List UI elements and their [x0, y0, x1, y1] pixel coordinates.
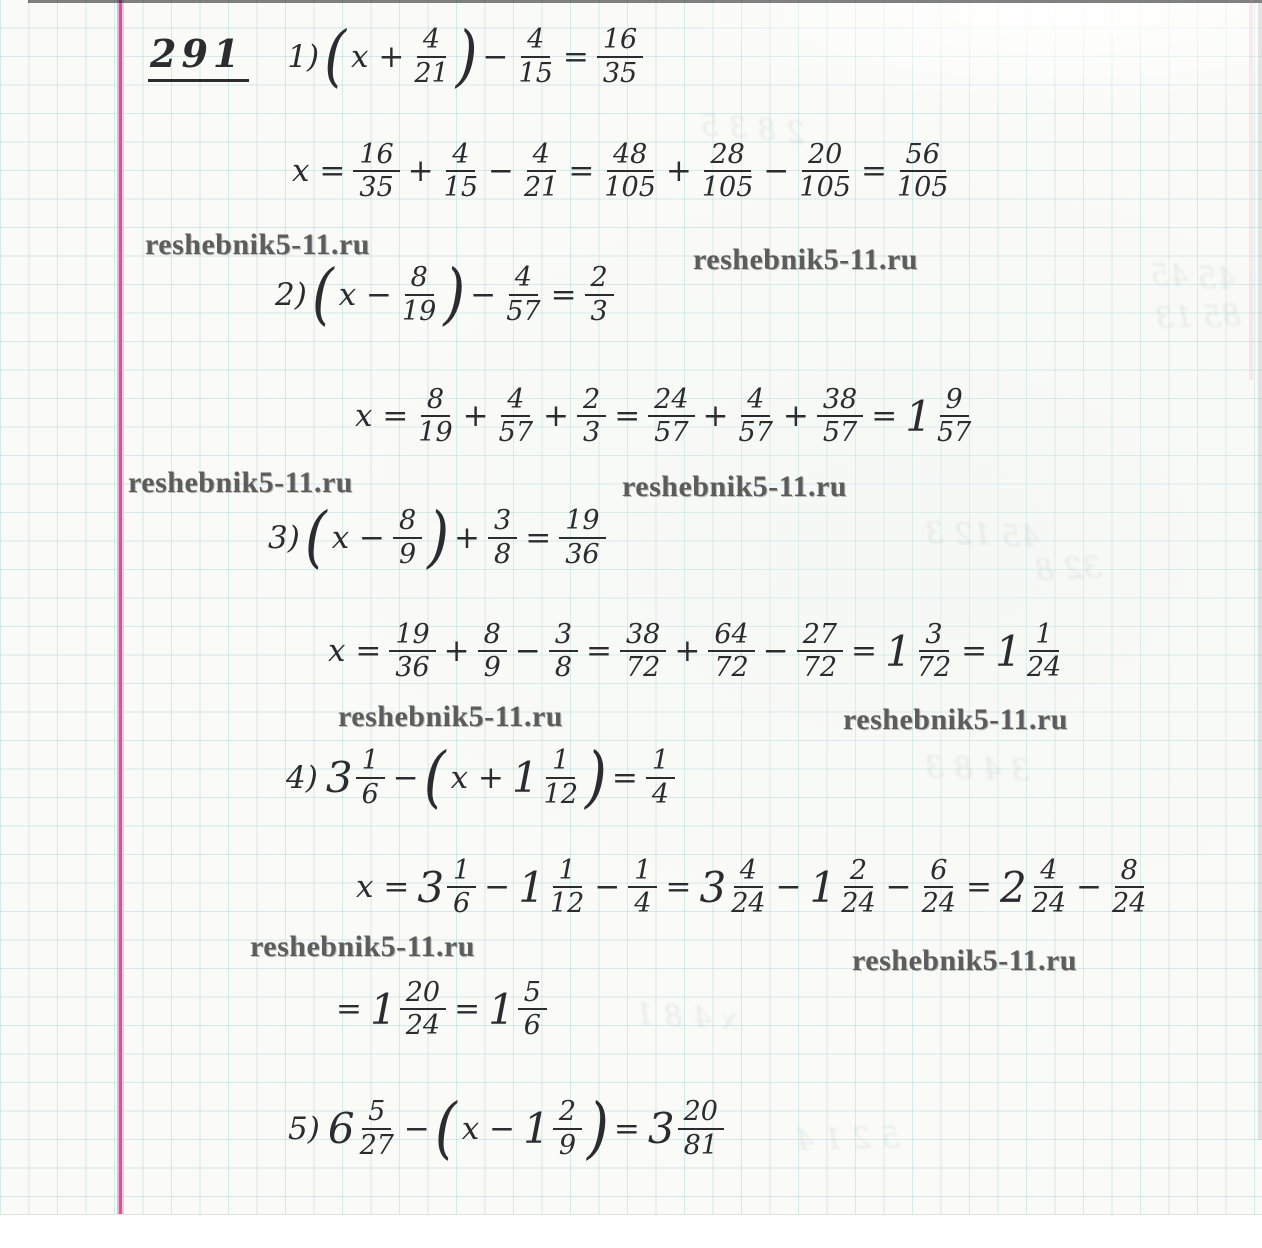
notebook-margin-line: [117, 0, 124, 1215]
fraction-numerator: 8: [421, 385, 450, 417]
fraction-numerator: 4: [501, 385, 530, 417]
fraction-denominator: 57: [737, 417, 775, 447]
fraction-numerator: 16: [597, 25, 643, 57]
mixed-number: 6527: [328, 1097, 396, 1159]
fraction-numerator: 24: [648, 385, 694, 417]
math-text: =: [336, 991, 362, 1027]
reverse-margin-bleed: [1249, 0, 1253, 380]
fraction: 112: [542, 746, 580, 808]
fraction-numerator: 16: [353, 140, 399, 172]
math-text: =: [612, 760, 638, 796]
fraction-numerator: 48: [607, 140, 653, 172]
mixed-whole-part: 1: [523, 1104, 550, 1153]
mixed-whole-part: 1: [370, 985, 397, 1034]
fraction: 2024: [400, 978, 446, 1040]
fraction-denominator: 4: [632, 888, 653, 918]
math-text: +: [463, 398, 489, 434]
fraction-numerator: 20: [400, 978, 446, 1010]
fraction-numerator: 2: [585, 263, 614, 295]
fraction-numerator: 5: [362, 1097, 391, 1129]
math-text: −: [1076, 869, 1102, 905]
fraction: 415: [442, 140, 480, 202]
fraction: 112: [548, 856, 586, 918]
math-text: =: [614, 1111, 640, 1147]
mixed-whole-part: 1: [810, 863, 837, 912]
fraction-numerator: 38: [620, 620, 666, 652]
mixed-number: 316: [326, 746, 385, 808]
math-text: =: [454, 991, 480, 1027]
bleedthrough-mark: 5 2 1 4: [794, 1120, 900, 1159]
fraction-numerator: 4: [527, 140, 556, 172]
parenthesis: (: [305, 499, 327, 576]
fraction-numerator: 2: [553, 1097, 582, 1129]
fraction: 1936: [389, 620, 435, 682]
fraction-numerator: 3: [919, 620, 948, 652]
fraction-denominator: 6: [522, 1010, 543, 1040]
math-text: =: [665, 869, 691, 905]
math-text: x −: [332, 520, 385, 556]
math-text: x +: [351, 39, 404, 75]
math-text: 2): [275, 277, 307, 313]
mixed-number: 3424: [699, 856, 767, 918]
scanned-notebook-page: { "document": { "problem_number": "291",…: [0, 0, 1262, 1248]
fraction: 819: [400, 263, 438, 325]
fraction-numerator: 19: [389, 620, 435, 652]
fraction-denominator: 24: [404, 1010, 442, 1040]
fraction: 2772: [797, 620, 843, 682]
fraction: 16: [356, 746, 385, 808]
fraction: 424: [729, 856, 767, 918]
math-text: +: [543, 398, 569, 434]
parenthesis: (: [424, 739, 446, 816]
parenthesis: ): [443, 256, 465, 333]
fraction-denominator: 9: [397, 539, 418, 569]
math-text: −: [886, 869, 912, 905]
mixed-whole-part: 3: [699, 863, 726, 912]
mixed-whole-part: 1: [995, 627, 1022, 676]
math-line-eq3: 3)(x −89)+38=1936: [268, 505, 606, 570]
parenthesis: (: [435, 1090, 457, 1167]
math-text: =: [961, 633, 987, 669]
math-text: +: [674, 633, 700, 669]
fraction: 457: [504, 263, 542, 325]
fraction: 38: [488, 506, 517, 568]
watermark: reshebnik5-11.ru: [843, 703, 1068, 737]
math-text: =: [851, 633, 877, 669]
math-text: −: [470, 277, 496, 313]
fraction-numerator: 8: [478, 620, 507, 652]
fraction-numerator: 1: [646, 746, 675, 778]
math-text: −: [594, 869, 620, 905]
fraction-numerator: 28: [704, 140, 750, 172]
fraction: 56: [518, 978, 547, 1040]
fraction: 29: [553, 1097, 582, 1159]
fraction: 16: [447, 856, 476, 918]
fraction-numerator: 1: [1029, 620, 1058, 652]
fraction-denominator: 24: [1025, 652, 1063, 682]
math-text: 4): [286, 760, 318, 796]
mixed-number: 32081: [648, 1097, 724, 1159]
fraction: 457: [497, 385, 535, 447]
fraction-numerator: 3: [488, 506, 517, 538]
math-text: +: [408, 153, 434, 189]
math-text: −: [484, 869, 510, 905]
fraction-numerator: 4: [521, 25, 550, 57]
math-text: +: [444, 633, 470, 669]
fraction-denominator: 4: [650, 779, 671, 809]
fraction-numerator: 27: [797, 620, 843, 652]
math-text: −: [483, 39, 509, 75]
fraction: 89: [478, 620, 507, 682]
fraction-denominator: 27: [358, 1130, 396, 1160]
fraction: 23: [577, 385, 606, 447]
math-text: =: [551, 277, 577, 313]
fraction-numerator: 1: [356, 746, 385, 778]
mixed-whole-part: 1: [905, 392, 932, 441]
fraction: 1635: [353, 140, 399, 202]
math-text: −: [515, 633, 541, 669]
fraction: 1635: [597, 25, 643, 87]
mixed-whole-part: 3: [648, 1104, 675, 1153]
mixed-whole-part: 1: [512, 753, 539, 802]
fraction: 457: [737, 385, 775, 447]
fraction-numerator: 8: [393, 506, 422, 538]
scan-top-edge: [28, 0, 1262, 3]
mixed-number: 1124: [995, 620, 1063, 682]
mixed-number: 1372: [885, 620, 953, 682]
fraction-denominator: 57: [652, 417, 690, 447]
math-text: =: [966, 869, 992, 905]
fraction-denominator: 35: [357, 172, 395, 202]
fraction: 2081: [678, 1097, 724, 1159]
math-text: =: [871, 398, 897, 434]
fraction-denominator: 105: [602, 172, 658, 202]
fraction-denominator: 8: [492, 539, 513, 569]
fraction: 2457: [648, 385, 694, 447]
watermark: reshebnik5-11.ru: [693, 243, 918, 277]
math-line-eq4: 4)316−(x +1112)=14: [286, 745, 675, 810]
fraction: 14: [628, 856, 657, 918]
fraction-numerator: 1: [546, 746, 575, 778]
fraction-denominator: 105: [895, 172, 951, 202]
fraction-denominator: 72: [801, 652, 839, 682]
mixed-number: 1112: [518, 856, 586, 918]
fraction-numerator: 20: [678, 1097, 724, 1129]
fraction-denominator: 24: [1030, 888, 1068, 918]
fraction: 224: [839, 856, 877, 918]
mixed-number: 156: [488, 978, 547, 1040]
watermark: reshebnik5-11.ru: [145, 228, 370, 262]
math-text: =: [614, 398, 640, 434]
fraction-denominator: 24: [1110, 888, 1148, 918]
bleedthrough-mark: 85 13: [1154, 299, 1241, 337]
fraction-denominator: 24: [839, 888, 877, 918]
fraction-numerator: 8: [405, 263, 434, 295]
fraction-denominator: 35: [601, 58, 639, 88]
math-text: −: [488, 153, 514, 189]
fraction-denominator: 57: [821, 417, 859, 447]
math-line-eq1: 2911)(x +421)−415=1635: [148, 24, 643, 89]
fraction: 20105: [797, 140, 853, 202]
fraction: 624: [920, 856, 958, 918]
fraction-numerator: 4: [1034, 856, 1063, 888]
bleedthrough-mark: x 4 8 1: [634, 997, 738, 1037]
mixed-number: 316: [417, 856, 476, 918]
mixed-whole-part: 1: [488, 985, 515, 1034]
fraction: 23: [585, 263, 614, 325]
fraction-numerator: 1: [447, 856, 476, 888]
fraction-denominator: 9: [482, 652, 503, 682]
fraction-denominator: 3: [581, 417, 602, 447]
fraction-denominator: 9: [557, 1130, 578, 1160]
math-text: −: [763, 153, 789, 189]
mixed-whole-part: 2: [1000, 863, 1027, 912]
mixed-number: 1957: [905, 385, 973, 447]
math-text: +: [666, 153, 692, 189]
fraction-numerator: 3: [549, 620, 578, 652]
fraction: 421: [522, 140, 560, 202]
fraction-denominator: 21: [412, 58, 450, 88]
math-text: =: [586, 633, 612, 669]
math-text: x =: [355, 398, 408, 434]
mixed-number: 129: [523, 1097, 582, 1159]
fraction-denominator: 57: [504, 296, 542, 326]
fraction-denominator: 21: [522, 172, 560, 202]
math-text: 1): [287, 39, 319, 75]
fraction-denominator: 8: [553, 652, 574, 682]
fraction: 421: [412, 25, 450, 87]
math-text: =: [525, 520, 551, 556]
fraction-denominator: 57: [935, 417, 973, 447]
math-text: 5): [288, 1111, 320, 1147]
fraction-denominator: 72: [624, 652, 662, 682]
math-text: x +: [451, 760, 504, 796]
fraction-numerator: 8: [1115, 856, 1144, 888]
fraction: 38: [549, 620, 578, 682]
problem-number: 291: [148, 31, 249, 82]
fraction-numerator: 2: [844, 856, 873, 888]
fraction-numerator: 1: [628, 856, 657, 888]
fraction-numerator: 2: [577, 385, 606, 417]
math-text: −: [404, 1111, 430, 1147]
fraction: 3872: [620, 620, 666, 682]
fraction: 527: [358, 1097, 396, 1159]
watermark: reshebnik5-11.ru: [128, 466, 353, 500]
watermark: reshebnik5-11.ru: [852, 944, 1077, 978]
parenthesis: ): [456, 18, 478, 95]
fraction: 14: [646, 746, 675, 808]
fraction-numerator: 1: [553, 856, 582, 888]
math-line-eq4-solution-1: x =316−1112−14=3424−1224−624=2424−824: [356, 856, 1148, 918]
watermark: reshebnik5-11.ru: [338, 700, 563, 734]
fraction-numerator: 56: [900, 140, 946, 172]
mixed-number: 2424: [1000, 856, 1068, 918]
fraction: 415: [517, 25, 555, 87]
math-line-eq3-solution: x =1936+89−38=3872+6472−2772=1372=1124: [328, 620, 1063, 682]
fraction-denominator: 19: [416, 417, 454, 447]
fraction-denominator: 57: [497, 417, 535, 447]
fraction: 28105: [700, 140, 756, 202]
page-bottom-edge: [0, 1214, 1262, 1248]
fraction-denominator: 6: [360, 779, 381, 809]
math-line-eq2-solution: x =819+457+23=2457+457+3857=1957: [355, 385, 973, 447]
fraction-denominator: 12: [548, 888, 586, 918]
fraction-denominator: 12: [542, 779, 580, 809]
parenthesis: ): [585, 739, 607, 816]
fraction: 3857: [817, 385, 863, 447]
fraction-denominator: 19: [400, 296, 438, 326]
fraction-denominator: 72: [712, 652, 750, 682]
math-text: =: [568, 153, 594, 189]
mixed-whole-part: 1: [518, 863, 545, 912]
math-text: =: [563, 39, 589, 75]
fraction-denominator: 36: [393, 652, 431, 682]
math-text: x −: [462, 1111, 515, 1147]
math-text: x =: [328, 633, 381, 669]
fraction-numerator: 4: [734, 856, 763, 888]
fraction-numerator: 4: [446, 140, 475, 172]
fraction-numerator: 4: [417, 25, 446, 57]
parenthesis: (: [312, 256, 334, 333]
fraction-denominator: 105: [797, 172, 853, 202]
parenthesis: ): [587, 1090, 609, 1167]
fraction: 56105: [895, 140, 951, 202]
fraction: 957: [935, 385, 973, 447]
math-text: 3): [268, 520, 300, 556]
math-text: =: [861, 153, 887, 189]
math-line-eq1-solution: x =1635+415−421=48105+28105−20105=56105: [292, 140, 950, 202]
mixed-whole-part: 3: [326, 753, 353, 802]
fraction-denominator: 24: [920, 888, 958, 918]
fraction: 424: [1030, 856, 1068, 918]
fraction-numerator: 9: [940, 385, 969, 417]
fraction: 372: [915, 620, 953, 682]
fraction: 6472: [708, 620, 754, 682]
bleedthrough-mark: 45 12 3: [924, 516, 1040, 555]
math-text: −: [763, 633, 789, 669]
mixed-whole-part: 6: [328, 1104, 355, 1153]
math-line-eq2: 2)(x −819)−457=23: [275, 262, 614, 327]
fraction-numerator: 4: [741, 385, 770, 417]
fraction-numerator: 4: [509, 263, 538, 295]
math-text: −: [776, 869, 802, 905]
mixed-whole-part: 3: [417, 863, 444, 912]
fraction-denominator: 6: [451, 888, 472, 918]
math-line-eq5: 5)6527−(x −129)=32081: [288, 1096, 724, 1161]
fraction-numerator: 64: [708, 620, 754, 652]
fraction-denominator: 3: [589, 296, 610, 326]
fraction-numerator: 5: [518, 978, 547, 1010]
mixed-number: 12024: [370, 978, 446, 1040]
parenthesis: (: [324, 18, 346, 95]
fraction-denominator: 81: [682, 1130, 720, 1160]
math-text: x =: [356, 869, 409, 905]
fraction-denominator: 105: [700, 172, 756, 202]
fraction-denominator: 72: [915, 652, 953, 682]
fraction: 819: [416, 385, 454, 447]
mixed-whole-part: 1: [885, 627, 912, 676]
math-text: +: [703, 398, 729, 434]
math-text: +: [454, 520, 480, 556]
fraction-denominator: 15: [442, 172, 480, 202]
fraction: 89: [393, 506, 422, 568]
bleedthrough-mark: 45 45: [1149, 258, 1237, 297]
fraction-numerator: 38: [817, 385, 863, 417]
math-line-eq4-solution-2: =12024=156: [336, 978, 547, 1040]
parenthesis: ): [427, 499, 449, 576]
math-text: x =: [292, 153, 345, 189]
bleedthrough-mark: 32 8: [1034, 550, 1103, 588]
fraction-denominator: 15: [517, 58, 555, 88]
fraction: 124: [1025, 620, 1063, 682]
mixed-number: 1224: [810, 856, 878, 918]
mixed-number: 1112: [512, 746, 580, 808]
math-text: x −: [339, 277, 392, 313]
fraction-denominator: 36: [563, 539, 601, 569]
fraction: 48105: [602, 140, 658, 202]
fraction-numerator: 6: [924, 856, 953, 888]
fraction-denominator: 24: [729, 888, 767, 918]
scan-right-edge: [1258, 0, 1262, 1140]
fraction: 824: [1110, 856, 1148, 918]
bleedthrough-mark: 3 4 8 3: [924, 750, 1030, 789]
watermark: reshebnik5-11.ru: [622, 470, 847, 504]
fraction-numerator: 19: [559, 506, 605, 538]
math-text: −: [393, 760, 419, 796]
watermark: reshebnik5-11.ru: [250, 930, 475, 964]
fraction-numerator: 20: [802, 140, 848, 172]
math-text: +: [783, 398, 809, 434]
fraction: 1936: [559, 506, 605, 568]
